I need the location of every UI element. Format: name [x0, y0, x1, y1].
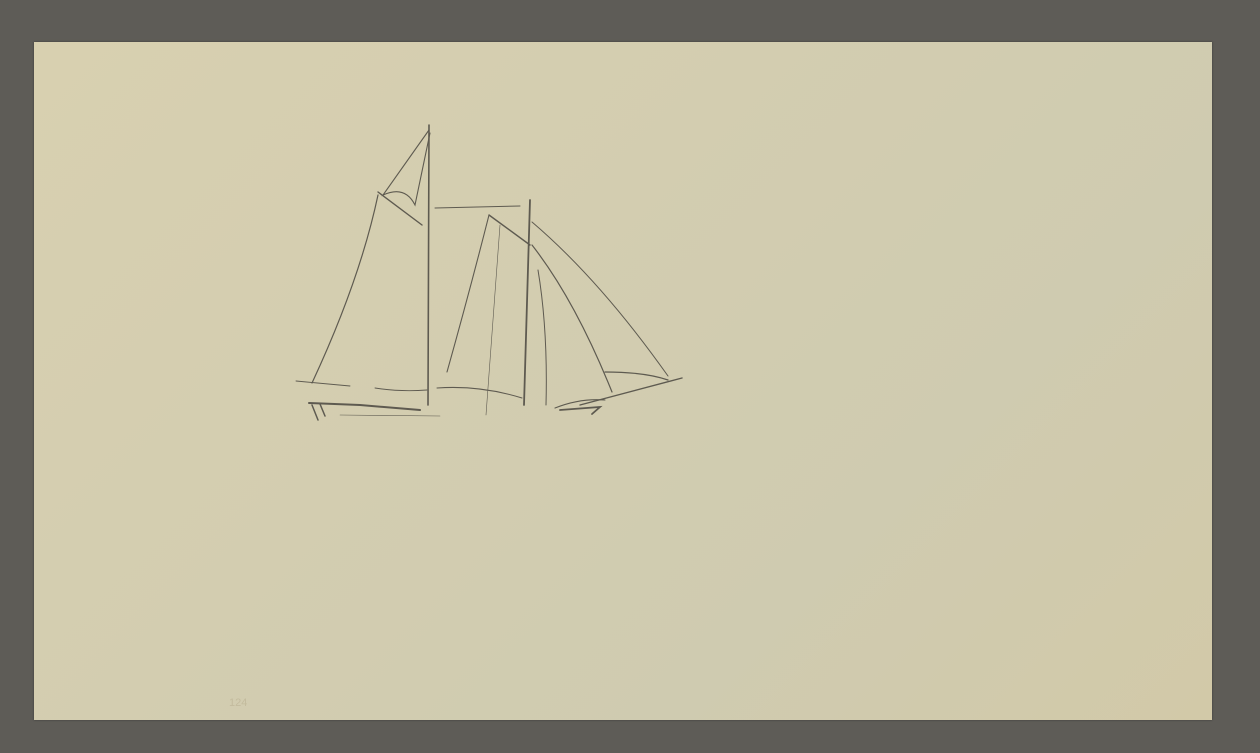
sailboat-sketch	[0, 0, 1260, 753]
